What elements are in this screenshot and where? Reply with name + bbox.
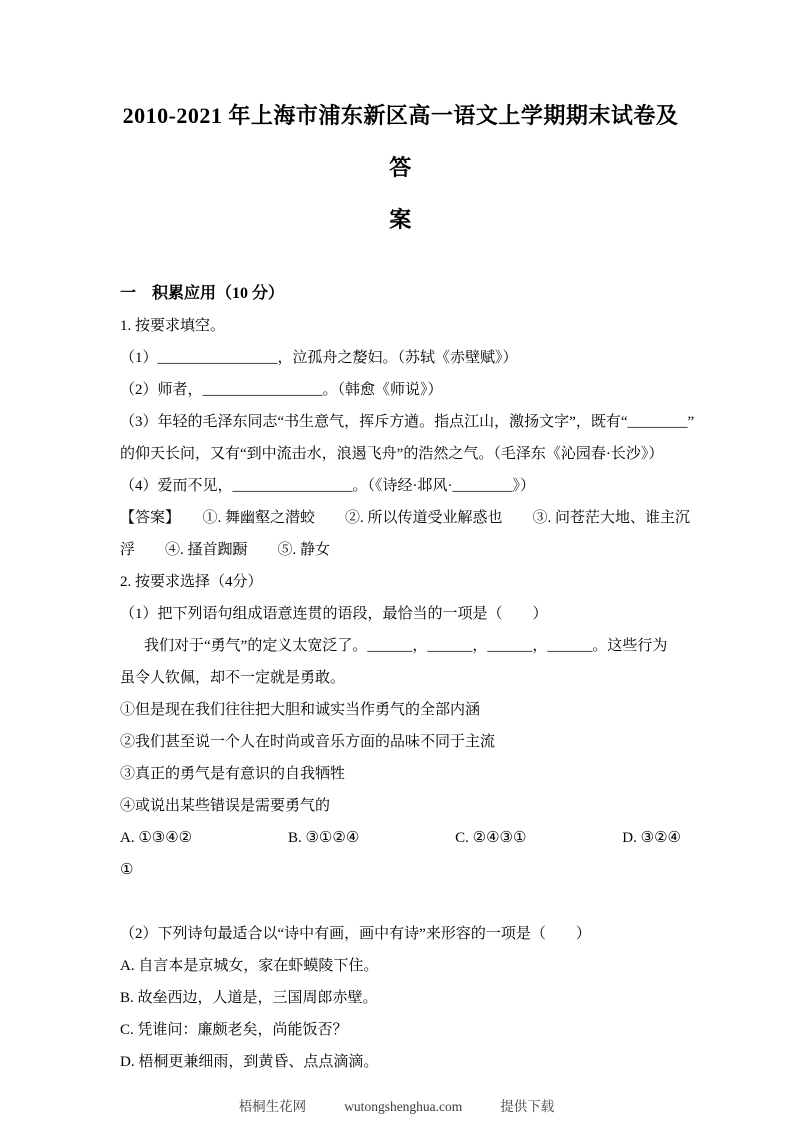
document-content: 2010-2021 年上海市浦东新区高一语文上学期期末试卷及答 案 一 积累应用…: [0, 0, 793, 1078]
question-2-part-1-option-d: D. ③②④: [622, 822, 681, 854]
question-1-part-3-line-2: 的仰天长问，又有“到中流击水，浪遏飞舟”的浩然之气。（毛泽东《沁园春·长沙》）: [120, 438, 681, 470]
question-2-part-2-option-a: A. 自言本是京城女，家在虾蟆陵下住。: [120, 950, 681, 982]
question-2-part-1-option-b: B. ③①②④: [288, 822, 359, 854]
footer-site-url: wutongshenghua.com: [344, 1098, 462, 1116]
question-2-part-1-stem: （1）把下列语句组成语意连贯的语段，最恰当的一项是（ ）: [120, 598, 681, 630]
question-2-part-1-item-2: ②我们甚至说一个人在时尚或音乐方面的品味不同于主流: [120, 726, 681, 758]
question-2-part-2-stem: （2）下列诗句最适合以“诗中有画，画中有诗”来形容的一项是（ ）: [120, 918, 681, 950]
document-body: 一 积累应用（10 分） 1. 按要求填空。 （1）______________…: [120, 278, 681, 1078]
document-title-line-2: 案: [120, 194, 681, 246]
question-2-part-1-passage-line-1: 我们对于“勇气”的定义太宽泛了。______，______，______，___…: [120, 630, 681, 662]
document-title: 2010-2021 年上海市浦东新区高一语文上学期期末试卷及答 案: [120, 90, 681, 246]
question-1-part-2: （2）师者，________________。（韩愈《师说》）: [120, 374, 681, 406]
question-1-stem: 1. 按要求填空。: [120, 310, 681, 342]
question-2-part-2-option-d: D. 梧桐更兼细雨，到黄昏、点点滴滴。: [120, 1046, 681, 1078]
question-1-answer-line-1: 【答案】 ①. 舞幽壑之潜蛟 ②. 所以传道受业解惑也 ③. 问苍茫大地、谁主沉: [120, 502, 681, 534]
question-2-part-1-option-c: C. ②④③①: [455, 822, 526, 854]
question-2-part-1-item-1: ①但是现在我们往往把大胆和诚实当作勇气的全部内涵: [120, 694, 681, 726]
question-2-part-2-option-b: B. 故垒西边，人道是，三国周郎赤壁。: [120, 982, 681, 1014]
question-2-stem: 2. 按要求选择（4分）: [120, 566, 681, 598]
question-2-part-1-item-3: ③真正的勇气是有意识的自我牺牲: [120, 758, 681, 790]
question-2-part-1-option-a: A. ①③④②: [120, 822, 192, 854]
exam-document-page: 2010-2021 年上海市浦东新区高一语文上学期期末试卷及答 案 一 积累应用…: [0, 0, 793, 1122]
question-2-part-1-item-4: ④或说出某些错误是需要勇气的: [120, 790, 681, 822]
question-2-part-1-option-d-overflow: ①: [120, 854, 681, 886]
section-one-heading: 一 积累应用（10 分）: [120, 278, 681, 310]
question-2-part-1-options-row: A. ①③④② B. ③①②④ C. ②④③① D. ③②④: [120, 822, 681, 854]
footer-download-label: 提供下载: [500, 1098, 554, 1116]
page-footer: 梧桐生花网 wutongshenghua.com 提供下载: [0, 1098, 793, 1116]
footer-site-name: 梧桐生花网: [239, 1098, 307, 1116]
document-title-line-1: 2010-2021 年上海市浦东新区高一语文上学期期末试卷及答: [120, 90, 681, 194]
question-2-part-2-option-c: C. 凭谁问：廉颇老矣，尚能饭否？: [120, 1014, 681, 1046]
question-1-answer-line-2: 浮 ④. 搔首踟蹰 ⑤. 静女: [120, 534, 681, 566]
question-2-part-1-passage-line-2: 虽令人钦佩，却不一定就是勇敢。: [120, 662, 681, 694]
question-1-part-3-line-1: （3）年轻的毛泽东同志“书生意气，挥斥方遒。指点江山，激扬文字”，既有“____…: [120, 406, 681, 438]
question-1-part-4: （4）爱而不见，________________。（《诗经·邶风·_______…: [120, 470, 681, 502]
question-1-part-1: （1）________________，泣孤舟之嫠妇。（苏轼《赤壁赋》）: [120, 342, 681, 374]
